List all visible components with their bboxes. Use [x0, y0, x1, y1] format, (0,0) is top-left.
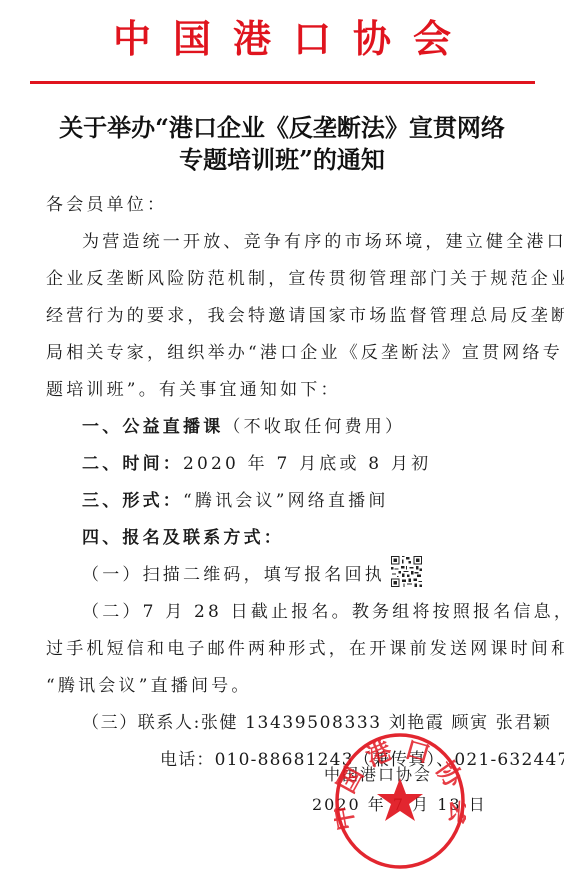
- item-3-heading: 三、形式：: [82, 491, 183, 511]
- step-2-line: （二）7 月 28 日截止报名。教务组将按照报名信息，通: [46, 594, 520, 631]
- item-4-heading: 四、报名及联系方式：: [82, 528, 284, 548]
- item-3-detail: “腾讯会议”网络直播间: [183, 491, 389, 511]
- item-1-heading: 一、公益直播课: [82, 417, 223, 437]
- item-1: 一、公益直播课（不收取任何费用）: [46, 409, 520, 446]
- item-4: 四、报名及联系方式：: [46, 520, 520, 557]
- document-title: 关于举办“港口企业《反垄断法》宣贯网络 专题培训班”的通知: [0, 112, 564, 176]
- step-2-line: “腾讯会议”直播间号。: [46, 668, 520, 705]
- title-line-2: 专题培训班”的通知: [0, 144, 564, 176]
- signature-date: 2020 年 7 月 13 日: [312, 792, 487, 815]
- item-2-detail: 2020 年 7 月底或 8 月初: [183, 454, 431, 474]
- contact-persons: （三）联系人:张健 13439508333 刘艳霞 顾寅 张君颖: [46, 705, 520, 742]
- intro-line: 为营造统一开放、竞争有序的市场环境，建立健全港口: [46, 224, 520, 261]
- step-2-line: 过手机短信和电子邮件两种形式，在开课前发送网课时间和: [46, 631, 520, 668]
- document-body: 各会员单位： 为营造统一开放、竞争有序的市场环境，建立健全港口 企业反垄断风险防…: [46, 187, 520, 779]
- intro-line: 经营行为的要求，我会特邀请国家市场监督管理总局反垄断: [46, 298, 520, 335]
- intro-line: 企业反垄断风险防范机制，宣传贯彻管理部门关于规范企业: [46, 261, 520, 298]
- signature-org: 中国港口协会: [324, 762, 432, 785]
- item-2-heading: 二、时间：: [82, 454, 183, 474]
- step-1-text: （一）扫描二维码，填写报名回执: [82, 565, 385, 585]
- title-line-1: 关于举办“港口企业《反垄断法》宣贯网络: [0, 112, 564, 144]
- intro-line: 局相关专家，组织举办“港口企业《反垄断法》宣贯网络专: [46, 335, 520, 372]
- intro-line: 题培训班”。有关事宜通知如下：: [46, 372, 520, 409]
- item-1-detail: （不收取任何费用）: [223, 417, 405, 437]
- org-letterhead: 中国港口协会: [0, 14, 564, 64]
- registration-step-1: （一）扫描二维码，填写报名回执: [46, 557, 520, 594]
- contact-phones: 电话：010-88681243（兼传真）、021-63244790: [46, 742, 520, 779]
- letterhead-rule: [30, 81, 535, 84]
- qr-code-icon[interactable]: [391, 556, 422, 587]
- item-3: 三、形式：“腾讯会议”网络直播间: [46, 483, 520, 520]
- salutation: 各会员单位：: [46, 187, 520, 224]
- item-2: 二、时间：2020 年 7 月底或 8 月初: [46, 446, 520, 483]
